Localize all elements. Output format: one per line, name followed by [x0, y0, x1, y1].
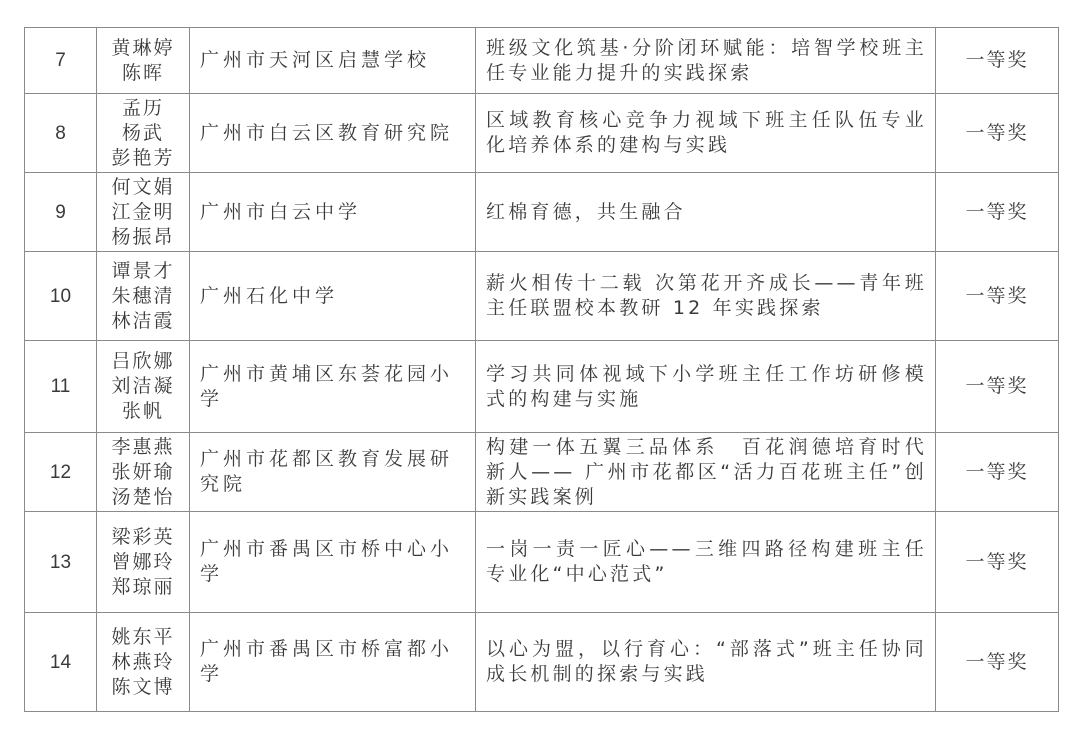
author-name: 何文娟 [97, 175, 189, 200]
author-name: 陈晖 [97, 61, 189, 86]
project-title: 学习共同体视域下小学班主任工作坊研修模式的构建与实施 [476, 341, 936, 433]
author-name: 杨武 [97, 121, 189, 146]
award-level: 一等奖 [936, 94, 1059, 173]
organization: 广州市白云中学 [190, 173, 476, 252]
table-row: 8 孟历 杨武 彭艳芳 广州市白云区教育研究院 区域教育核心竞争力视域下班主任队… [25, 94, 1059, 173]
author-names: 何文娟 江金明 杨振昂 [97, 173, 190, 252]
project-title: 以心为盟，以行育心：“部落式”班主任协同成长机制的探索与实践 [476, 613, 936, 712]
row-number: 9 [25, 173, 97, 252]
author-names: 吕欣娜 刘洁凝 张帆 [97, 341, 190, 433]
author-name: 孟历 [97, 96, 189, 121]
award-level: 一等奖 [936, 28, 1059, 94]
awards-table: 7 黄琳婷 陈晖 广州市天河区启慧学校 班级文化筑基·分阶闭环赋能：培智学校班主… [24, 27, 1059, 712]
project-title: 薪火相传十二载 次第花开齐成长——青年班主任联盟校本教研 12 年实践探索 [476, 252, 936, 341]
row-number: 14 [25, 613, 97, 712]
author-name: 张帆 [97, 399, 189, 424]
project-title: 构建一体五翼三品体系 百花润德培育时代新人—— 广州市花都区“活力百花班主任”创… [476, 433, 936, 512]
organization: 广州市花都区教育发展研究院 [190, 433, 476, 512]
author-names: 李惠燕 张妍瑜 汤楚怡 [97, 433, 190, 512]
award-level: 一等奖 [936, 173, 1059, 252]
author-name: 江金明 [97, 200, 189, 225]
author-name: 朱穗清 [97, 284, 189, 309]
award-level: 一等奖 [936, 341, 1059, 433]
author-names: 梁彩英 曾娜玲 郑琼丽 [97, 512, 190, 613]
organization: 广州市白云区教育研究院 [190, 94, 476, 173]
table-row: 10 谭景才 朱穗清 林洁霞 广州石化中学 薪火相传十二载 次第花开齐成长——青… [25, 252, 1059, 341]
table-row: 7 黄琳婷 陈晖 广州市天河区启慧学校 班级文化筑基·分阶闭环赋能：培智学校班主… [25, 28, 1059, 94]
author-name: 李惠燕 [97, 435, 189, 460]
author-names: 黄琳婷 陈晖 [97, 28, 190, 94]
author-name: 张妍瑜 [97, 460, 189, 485]
award-level: 一等奖 [936, 613, 1059, 712]
organization: 广州市黄埔区东荟花园小学 [190, 341, 476, 433]
author-name: 汤楚怡 [97, 485, 189, 510]
row-number: 12 [25, 433, 97, 512]
award-level: 一等奖 [936, 433, 1059, 512]
author-name: 梁彩英 [97, 525, 189, 550]
author-name: 杨振昂 [97, 225, 189, 250]
table-row: 13 梁彩英 曾娜玲 郑琼丽 广州市番禺区市桥中心小学 一岗一责一匠心——三维四… [25, 512, 1059, 613]
author-names: 姚东平 林燕玲 陈文博 [97, 613, 190, 712]
author-name: 林燕玲 [97, 650, 189, 675]
author-name: 曾娜玲 [97, 550, 189, 575]
award-level: 一等奖 [936, 252, 1059, 341]
organization: 广州石化中学 [190, 252, 476, 341]
author-name: 刘洁凝 [97, 374, 189, 399]
table-row: 9 何文娟 江金明 杨振昂 广州市白云中学 红棉育德，共生融合 一等奖 [25, 173, 1059, 252]
project-title: 班级文化筑基·分阶闭环赋能：培智学校班主任专业能力提升的实践探索 [476, 28, 936, 94]
author-name: 林洁霞 [97, 309, 189, 334]
author-names: 孟历 杨武 彭艳芳 [97, 94, 190, 173]
author-name: 吕欣娜 [97, 349, 189, 374]
award-level: 一等奖 [936, 512, 1059, 613]
author-name: 彭艳芳 [97, 146, 189, 171]
organization: 广州市番禺区市桥中心小学 [190, 512, 476, 613]
row-number: 10 [25, 252, 97, 341]
organization: 广州市天河区启慧学校 [190, 28, 476, 94]
author-name: 郑琼丽 [97, 575, 189, 600]
row-number: 13 [25, 512, 97, 613]
project-title: 区域教育核心竞争力视域下班主任队伍专业化培养体系的建构与实践 [476, 94, 936, 173]
author-name: 姚东平 [97, 625, 189, 650]
author-name: 黄琳婷 [97, 36, 189, 61]
row-number: 7 [25, 28, 97, 94]
author-name: 谭景才 [97, 259, 189, 284]
table-row: 11 吕欣娜 刘洁凝 张帆 广州市黄埔区东荟花园小学 学习共同体视域下小学班主任… [25, 341, 1059, 433]
author-names: 谭景才 朱穗清 林洁霞 [97, 252, 190, 341]
row-number: 11 [25, 341, 97, 433]
project-title: 红棉育德，共生融合 [476, 173, 936, 252]
row-number: 8 [25, 94, 97, 173]
table-row: 12 李惠燕 张妍瑜 汤楚怡 广州市花都区教育发展研究院 构建一体五翼三品体系 … [25, 433, 1059, 512]
table-row: 14 姚东平 林燕玲 陈文博 广州市番禺区市桥富都小学 以心为盟，以行育心：“部… [25, 613, 1059, 712]
author-name: 陈文博 [97, 675, 189, 700]
organization: 广州市番禺区市桥富都小学 [190, 613, 476, 712]
project-title: 一岗一责一匠心——三维四路径构建班主任专业化“中心范式” [476, 512, 936, 613]
